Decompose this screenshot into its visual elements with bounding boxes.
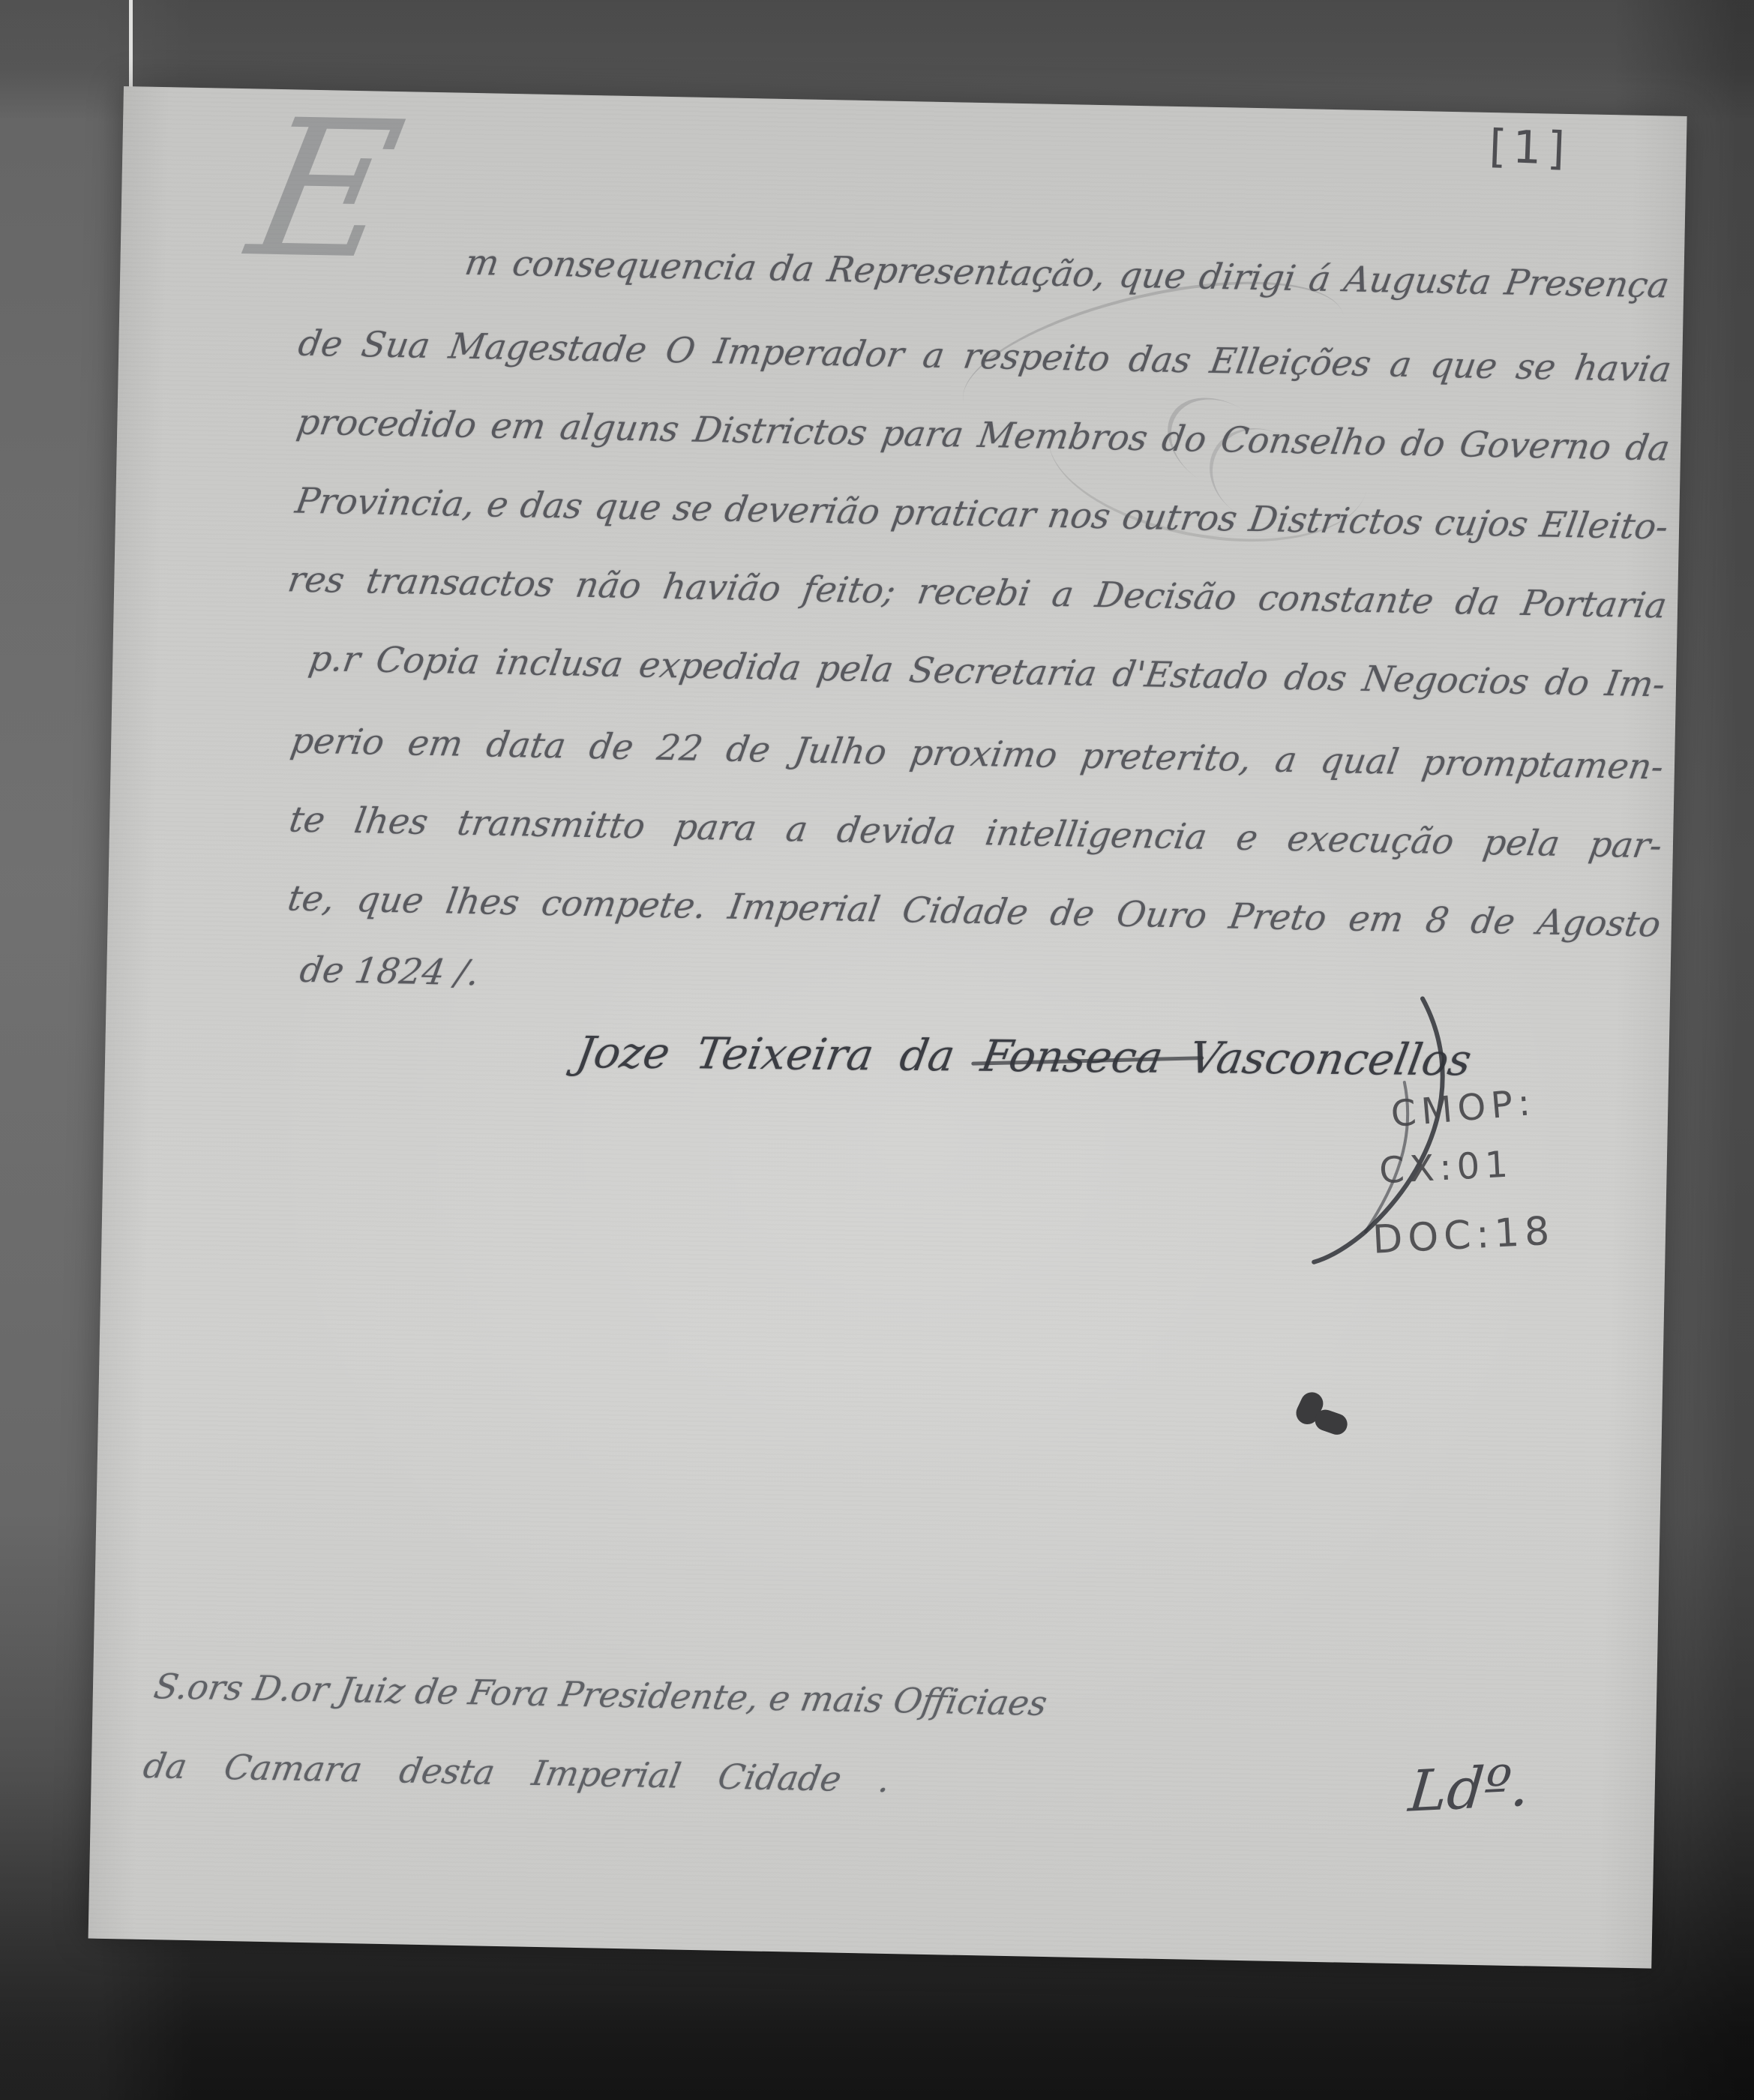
scanned-manuscript-photo: [1] E m consequencia da Representação, q… — [0, 0, 1754, 2100]
manuscript-line: res transactos não havião feito; recebi … — [283, 549, 1672, 637]
archival-stamp-line: CX:01 — [1378, 1134, 1695, 1192]
initial-flourish-letter: E — [238, 95, 413, 286]
manuscript-line: perio em data de 22 de Julho proximo pre… — [286, 711, 1669, 799]
manuscript-line: te lhes transmitto para a devida intelli… — [285, 790, 1667, 877]
address-line: da Camara desta Imperial Cidade . — [139, 1735, 895, 1810]
manuscript-line: m consequencia da Representação, que dir… — [460, 232, 1674, 317]
archival-reference-pencil: CMOP: CX:01 DOC:18 — [1367, 1075, 1686, 1215]
manuscript-page: [1] E m consequencia da Representação, q… — [88, 86, 1687, 1969]
manuscript-line: p.r Copia inclusa expedida pela Secretar… — [304, 628, 1670, 715]
address-line: S.ors D.or Juiz de Fora Presidente, e ma… — [149, 1656, 1000, 1732]
manuscript-line: de 1824 /. — [295, 940, 830, 1011]
film-edge-artifact — [129, 0, 133, 88]
manuscript-line: Provincia, e das que se deverião pratica… — [291, 471, 1673, 559]
page-number-marker: [1] — [1489, 120, 1640, 178]
docket-mark: Ldº. — [1406, 1752, 1532, 1825]
archival-stamp-line: DOC:18 — [1372, 1202, 1688, 1263]
ink-blot — [1295, 1390, 1350, 1440]
